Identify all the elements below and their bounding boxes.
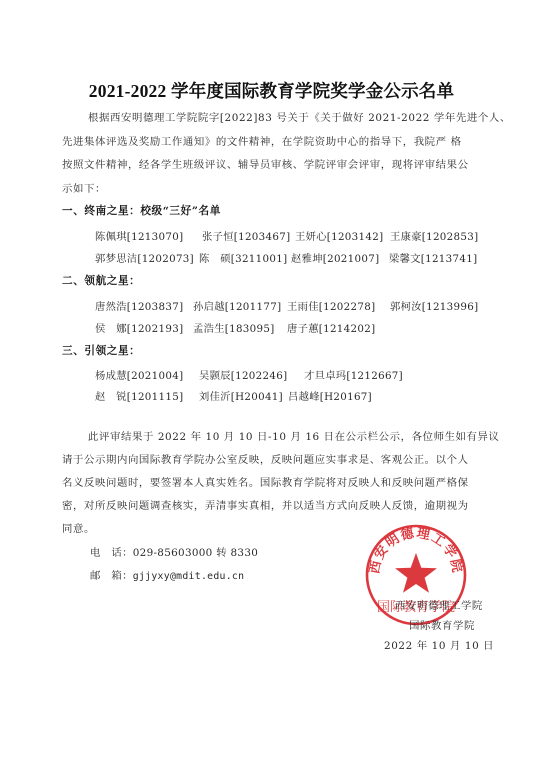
- email-label: 邮 箱：: [90, 570, 133, 582]
- award-name: 吴颢辰[1202246]: [199, 367, 287, 382]
- phone-line: 电 话：029-85603000 转 8330: [90, 544, 258, 559]
- award-name: 赵 锐[1201115]: [95, 388, 183, 403]
- star-icon: [395, 553, 437, 593]
- signature-org: 西安明德理工学院: [395, 597, 483, 612]
- award-name: 侯 娜[1202193]: [95, 320, 183, 335]
- intro-line-1: 根据西安明德理工学院院字[2022]83 号关于《关于做好 2021-2022 …: [88, 109, 511, 124]
- phone-number: 029-85603000 转 8330: [133, 547, 258, 559]
- award-name: 唐然浩[1203837]: [95, 298, 183, 313]
- document-title: 2021-2022 学年度国际教育学院奖学金公示名单: [0, 78, 543, 103]
- award-name: 陈 硕[3211001]: [199, 250, 287, 265]
- award-name: 赵雅坤[2021007]: [291, 250, 379, 265]
- notice-line-1: 此评审结果于 2022 年 10 月 10 日-10 月 16 日在公示栏公示，…: [88, 428, 500, 443]
- notice-line-4: 密，对所反映问题调查核实，弄清事实真相，并以适当方式向反映人反馈，逾期视为: [62, 497, 469, 512]
- intro-line-2: 先进集体评选及奖励工作通知》的文件精神，在学院资助中心的指导下，我院严 格: [62, 133, 462, 148]
- award-name: 郭柯汝[1213996]: [390, 298, 478, 313]
- award-name: 陈佩琪[1213070]: [95, 228, 183, 243]
- award-name: 王雨佳[1202278]: [287, 298, 375, 313]
- award-name: 张子恒[1203467]: [202, 228, 290, 243]
- award-name: 王妍心[1203142]: [295, 228, 383, 243]
- award-name: 刘佳沂[H20041]: [199, 388, 283, 403]
- award-name: 唐子蕙[1214202]: [287, 320, 375, 335]
- section-heading-1: 一、终南之星：校级“三好”名单: [62, 203, 221, 218]
- document-page: 2021-2022 学年度国际教育学院奖学金公示名单 根据西安明德理工学院院字[…: [0, 0, 543, 768]
- award-name: 才旦卓玛[1212667]: [304, 367, 403, 382]
- email-line: 邮 箱：gjjyxy@mdit.edu.cn: [90, 567, 244, 582]
- phone-label: 电 话：: [90, 547, 133, 559]
- signature-date: 2022 年 10 月 10 日: [384, 637, 494, 652]
- notice-line-5: 同意。: [62, 520, 95, 535]
- notice-line-3: 名义反映问题时，要签署本人真实姓名。国际教育学院将对反映人和反映问题严格保: [62, 474, 469, 489]
- award-name: 吕越峰[H20167]: [288, 388, 372, 403]
- intro-line-3: 按照文件精神，经各学生班级评议、辅导员审核、学院评审会评审，现将评审结果公: [62, 156, 469, 171]
- intro-line-4: 示如下：: [62, 180, 106, 195]
- award-name: 杨成慧[2021004]: [95, 367, 183, 382]
- section-heading-3: 三、引领之星：: [62, 343, 140, 358]
- award-name: 郭梦思洁[1202073]: [95, 250, 194, 265]
- award-name: 梁馨文[1213741]: [389, 250, 477, 265]
- signature-dept: 国际教育学院: [409, 617, 475, 632]
- notice-line-2: 请于公示期内向国际教育学院办公室反映，反映问题应实事求是、客观公正。以个人: [62, 451, 469, 466]
- email-address: gjjyxy@mdit.edu.cn: [133, 571, 245, 582]
- section-heading-2: 二、领航之星：: [62, 273, 140, 288]
- award-name: 孟浩生[183095]: [193, 320, 275, 335]
- award-name: 王康豪[1202853]: [390, 228, 478, 243]
- award-name: 孙启越[1201177]: [193, 298, 281, 313]
